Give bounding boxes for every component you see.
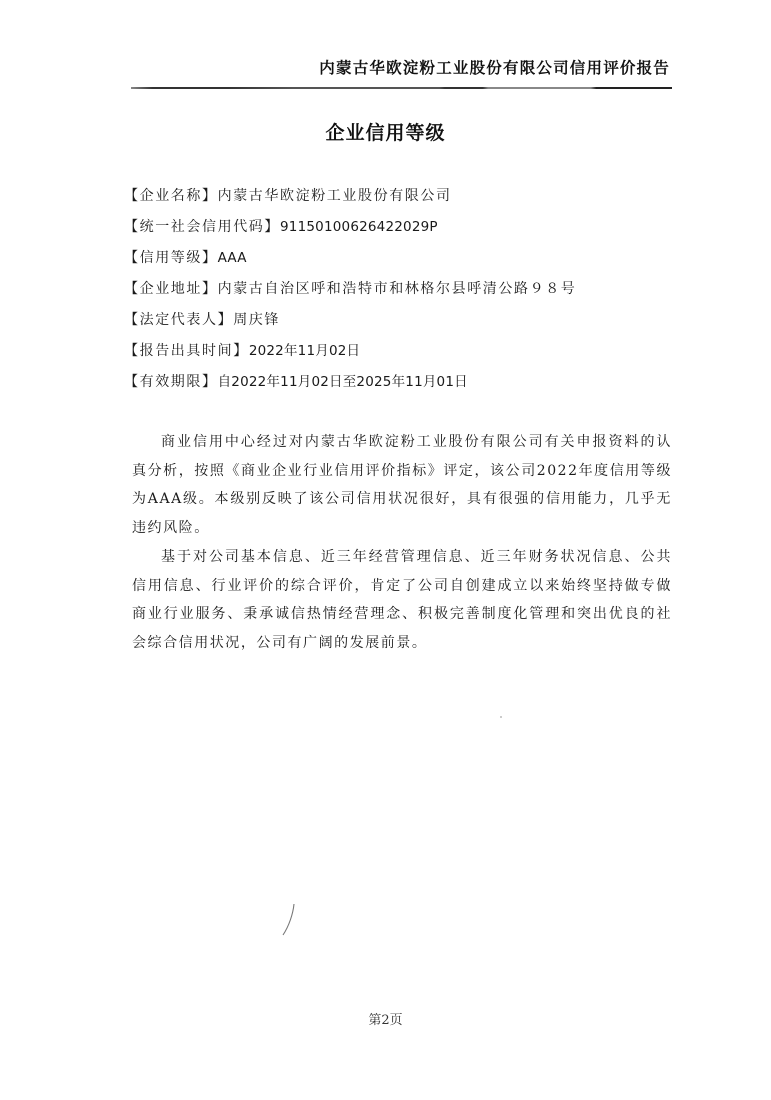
field-label: 【法定代表人】 xyxy=(124,312,233,328)
field-legal-representative: 【法定代表人】周庆锋 xyxy=(124,308,576,339)
field-label: 【统一社会信用代码】 xyxy=(124,219,280,235)
field-value: 2022年11月02日 xyxy=(249,343,360,359)
field-value: 周庆锋 xyxy=(233,312,280,328)
field-value: 内蒙古自治区呼和浩特市和林格尔县呼清公路９８号 xyxy=(218,281,577,297)
field-label: 【报告出具时间】 xyxy=(124,343,249,359)
scan-speck xyxy=(500,716,502,718)
field-label: 【信用等级】 xyxy=(124,250,218,266)
page-number: 第2页 xyxy=(0,1009,771,1028)
field-value: AAA xyxy=(218,250,247,266)
pen-stroke-mark xyxy=(280,902,300,938)
field-report-date: 【报告出具时间】2022年11月02日 xyxy=(124,339,576,370)
field-label: 【有效期限】 xyxy=(124,374,218,390)
field-validity-period: 【有效期限】自2022年11月02日至2025年11月01日 xyxy=(124,370,576,401)
field-value: 91150100626422029P xyxy=(280,219,438,235)
field-company-address: 【企业地址】内蒙古自治区呼和浩特市和林格尔县呼清公路９８号 xyxy=(124,277,576,308)
field-company-name: 【企业名称】内蒙古华欧淀粉工业股份有限公司 xyxy=(124,184,576,215)
rating-summary-paragraph: 商业信用中心经过对内蒙古华欧淀粉工业股份有限公司有关申报资料的认真分析，按照《商… xyxy=(132,428,672,543)
field-value: 内蒙古华欧淀粉工业股份有限公司 xyxy=(218,188,452,204)
field-credit-code: 【统一社会信用代码】91150100626422029P xyxy=(124,215,576,246)
company-info-fields: 【企业名称】内蒙古华欧淀粉工业股份有限公司 【统一社会信用代码】91150100… xyxy=(124,184,576,401)
field-value: 自2022年11月02日至2025年11月01日 xyxy=(218,374,468,390)
header-divider xyxy=(131,87,672,89)
field-credit-rating: 【信用等级】AAA xyxy=(124,246,576,277)
page-title: 企业信用等级 xyxy=(0,118,771,145)
field-label: 【企业名称】 xyxy=(124,188,218,204)
report-header-title: 内蒙古华欧淀粉工业股份有限公司信用评价报告 xyxy=(319,56,670,78)
field-label: 【企业地址】 xyxy=(124,281,218,297)
rating-basis-paragraph: 基于对公司基本信息、近三年经营管理信息、近三年财务状况信息、公共信用信息、行业评… xyxy=(132,543,672,658)
